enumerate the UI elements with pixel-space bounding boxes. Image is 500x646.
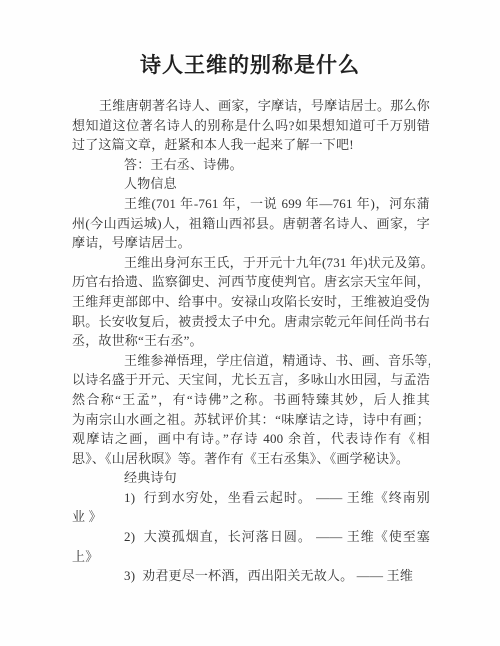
- text-line: 人物信息: [72, 174, 430, 194]
- text-line: 历官右拾遗、监察御史、河西节度使判官。唐玄宗天宝年间，: [72, 272, 430, 292]
- text-line: 1) 行到水穷处，坐看云起时。 —— 王维《终南别: [72, 488, 430, 508]
- text-line: 王维出身河东王氏，于开元十九年(731 年)状元及第。: [72, 253, 430, 273]
- text-line: 想知道这位著名诗人的别称是什么吗?如果想知道可千万别错: [72, 116, 430, 136]
- document-page: 诗人王维的别称是什么 王维唐朝著名诗人、画家，字摩诘，号摩诘居士。那么你想知道这…: [0, 0, 500, 646]
- text-line: 思》、《山居秋暝》等。著作有《王右丞集》、《画学秘诀》。: [72, 449, 430, 469]
- text-line: 王维(701 年-761 年，一说 699 年—761 年)，河东蒲: [72, 194, 430, 214]
- text-line: 王维参禅悟理，学庄信道，精通诗、书、画、音乐等，: [72, 351, 430, 371]
- text-line: 然合称“王孟”，有“诗佛”之称。书画特臻其妙，后人推其: [72, 390, 430, 410]
- text-line: 经典诗句: [72, 468, 430, 488]
- document-body: 王维唐朝著名诗人、画家，字摩诘，号摩诘居士。那么你想知道这位著名诗人的别称是什么…: [72, 96, 430, 586]
- text-line: 过了这篇文章，赶紧和本人我一起来了解一下吧!: [72, 135, 430, 155]
- document-title: 诗人王维的别称是什么: [0, 51, 500, 79]
- text-line: 为南宗山水画之祖。苏轼评价其：“味摩诘之诗，诗中有画；: [72, 410, 430, 430]
- text-line: 摩诘，号摩诘居士。: [72, 233, 430, 253]
- text-line: 丞，故世称“王右丞”。: [72, 331, 430, 351]
- text-line: 2) 大漠孤烟直，长河落日圆。 —— 王维《使至塞: [72, 527, 430, 547]
- text-line: 州(今山西运城)人，祖籍山西祁县。唐朝著名诗人、画家，字: [72, 214, 430, 234]
- text-line: 3) 劝君更尽一杯酒，西出阳关无故人。 —— 王维: [72, 566, 430, 586]
- text-line: 业 》: [72, 507, 430, 527]
- text-line: 答：王右丞、诗佛。: [72, 155, 430, 175]
- text-line: 观摩诘之画，画中有诗。”存诗 400 余首，代表诗作有《相: [72, 429, 430, 449]
- text-line: 以诗名盛于开元、天宝间，尤长五言，多咏山水田园，与孟浩: [72, 370, 430, 390]
- text-line: 王维拜吏部郎中、给事中。安禄山攻陷长安时，王维被迫受伪: [72, 292, 430, 312]
- text-line: 职。长安收复后，被责授太子中允。唐肃宗乾元年间任尚书右: [72, 312, 430, 332]
- text-line: 王维唐朝著名诗人、画家，字摩诘，号摩诘居士。那么你: [72, 96, 430, 116]
- text-line: 上》: [72, 547, 430, 567]
